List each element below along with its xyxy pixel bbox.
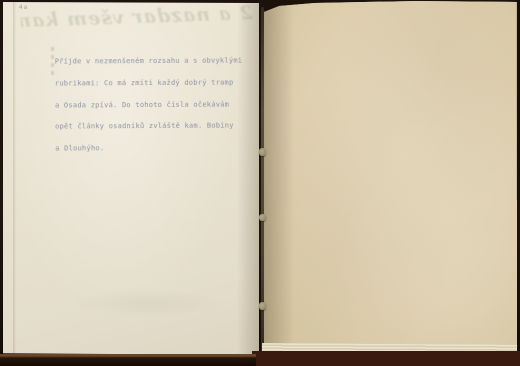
typed-paragraph: Příjde v nezmenšeném rozsahu a s obvyklý… <box>55 43 252 166</box>
typed-line: Příjde v nezmenšeném rozsahu a s obvyklý… <box>55 58 251 66</box>
typed-line: rubrikami: Co má zmíti každý dobrý tramp <box>55 80 251 88</box>
typed-line: opět články osadníků zvláště kam. Bobiny <box>55 123 251 131</box>
bleedthrough-smudge <box>73 290 223 316</box>
marbled-cover-edge <box>252 351 520 366</box>
right-page-paper-texture <box>264 0 517 346</box>
left-page-crease <box>13 2 16 355</box>
photo-right-edge-shadow <box>516 0 520 200</box>
stitch-knot <box>259 214 266 221</box>
bleedthrough-handwriting: 2 a nazdar všem kamarádům 2 <box>20 2 253 44</box>
typed-line: a Osada zpívá. Do tohoto čísla očekávám <box>55 101 251 109</box>
right-page-gutter-shadow <box>264 0 294 346</box>
typed-line: a Dlouhýho. <box>55 144 251 152</box>
book-scan-photo: 4a 2 a nazdar všem kamarádům 2 Příjde v … <box>0 0 520 366</box>
cover-shadow-bottom-left <box>0 354 256 366</box>
stitch-knot <box>259 302 266 310</box>
right-page <box>264 0 517 346</box>
left-page-gutter-shadow <box>237 2 259 355</box>
left-page: 4a 2 a nazdar všem kamarádům 2 Příjde v … <box>3 2 259 355</box>
stitch-knot <box>259 148 266 156</box>
